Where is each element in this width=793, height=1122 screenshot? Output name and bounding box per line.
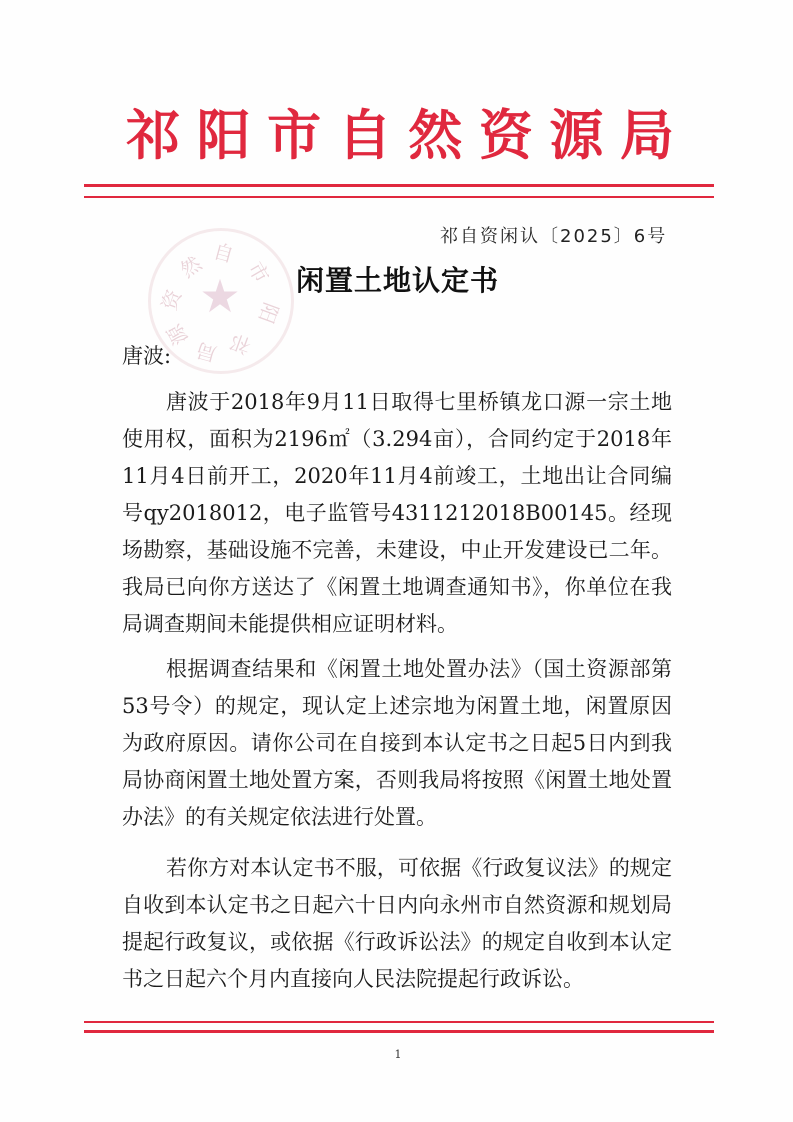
masthead-char: 源 bbox=[543, 100, 609, 170]
document-body: 唐波: 唐波于2018年9月11日取得七里桥镇龙口源一宗土地使用权，面积为219… bbox=[122, 338, 672, 998]
masthead-char: 市 bbox=[261, 100, 327, 170]
header-divider-thin bbox=[84, 196, 714, 198]
header-divider-thick bbox=[84, 184, 714, 187]
document-page: 祁 阳 市 自 然 资 源 局 ★ 祁 阳 市 自 然 资 源 局 祁自资闲认〔… bbox=[0, 0, 793, 1122]
seal-char: 市 bbox=[242, 255, 278, 289]
masthead-char: 资 bbox=[473, 100, 539, 170]
star-icon: ★ bbox=[197, 273, 243, 319]
page-number: 1 bbox=[392, 1048, 404, 1061]
seal-char: 自 bbox=[210, 235, 239, 269]
body-paragraph: 若你方对本认定书不服，可依据《行政复议法》的规定自收到本认定书之日起六十日内向永… bbox=[122, 850, 672, 998]
seal-char: 资 bbox=[153, 284, 188, 315]
body-paragraph: 唐波于2018年9月11日取得七里桥镇龙口源一宗土地使用权，面积为2196㎡（3… bbox=[122, 384, 672, 643]
masthead-char: 然 bbox=[402, 100, 468, 170]
body-paragraph: 根据调查结果和《闲置土地处置办法》（国土资源部第53号令）的规定，现认定上述宗地… bbox=[122, 651, 672, 836]
masthead-issuer: 祁 阳 市 自 然 资 源 局 bbox=[120, 100, 680, 170]
masthead-char: 阳 bbox=[191, 100, 257, 170]
masthead-char: 祁 bbox=[120, 100, 186, 170]
document-title: 闲置土地认定书 bbox=[296, 263, 499, 299]
footer-divider-thick bbox=[84, 1030, 714, 1033]
footer-divider-thin bbox=[84, 1021, 714, 1023]
masthead-char: 自 bbox=[332, 100, 398, 170]
salutation: 唐波: bbox=[122, 338, 672, 375]
seal-char: 阳 bbox=[253, 298, 288, 329]
masthead-char: 局 bbox=[614, 100, 680, 170]
document-number: 祁自资闲认〔2025〕6号 bbox=[440, 224, 667, 250]
